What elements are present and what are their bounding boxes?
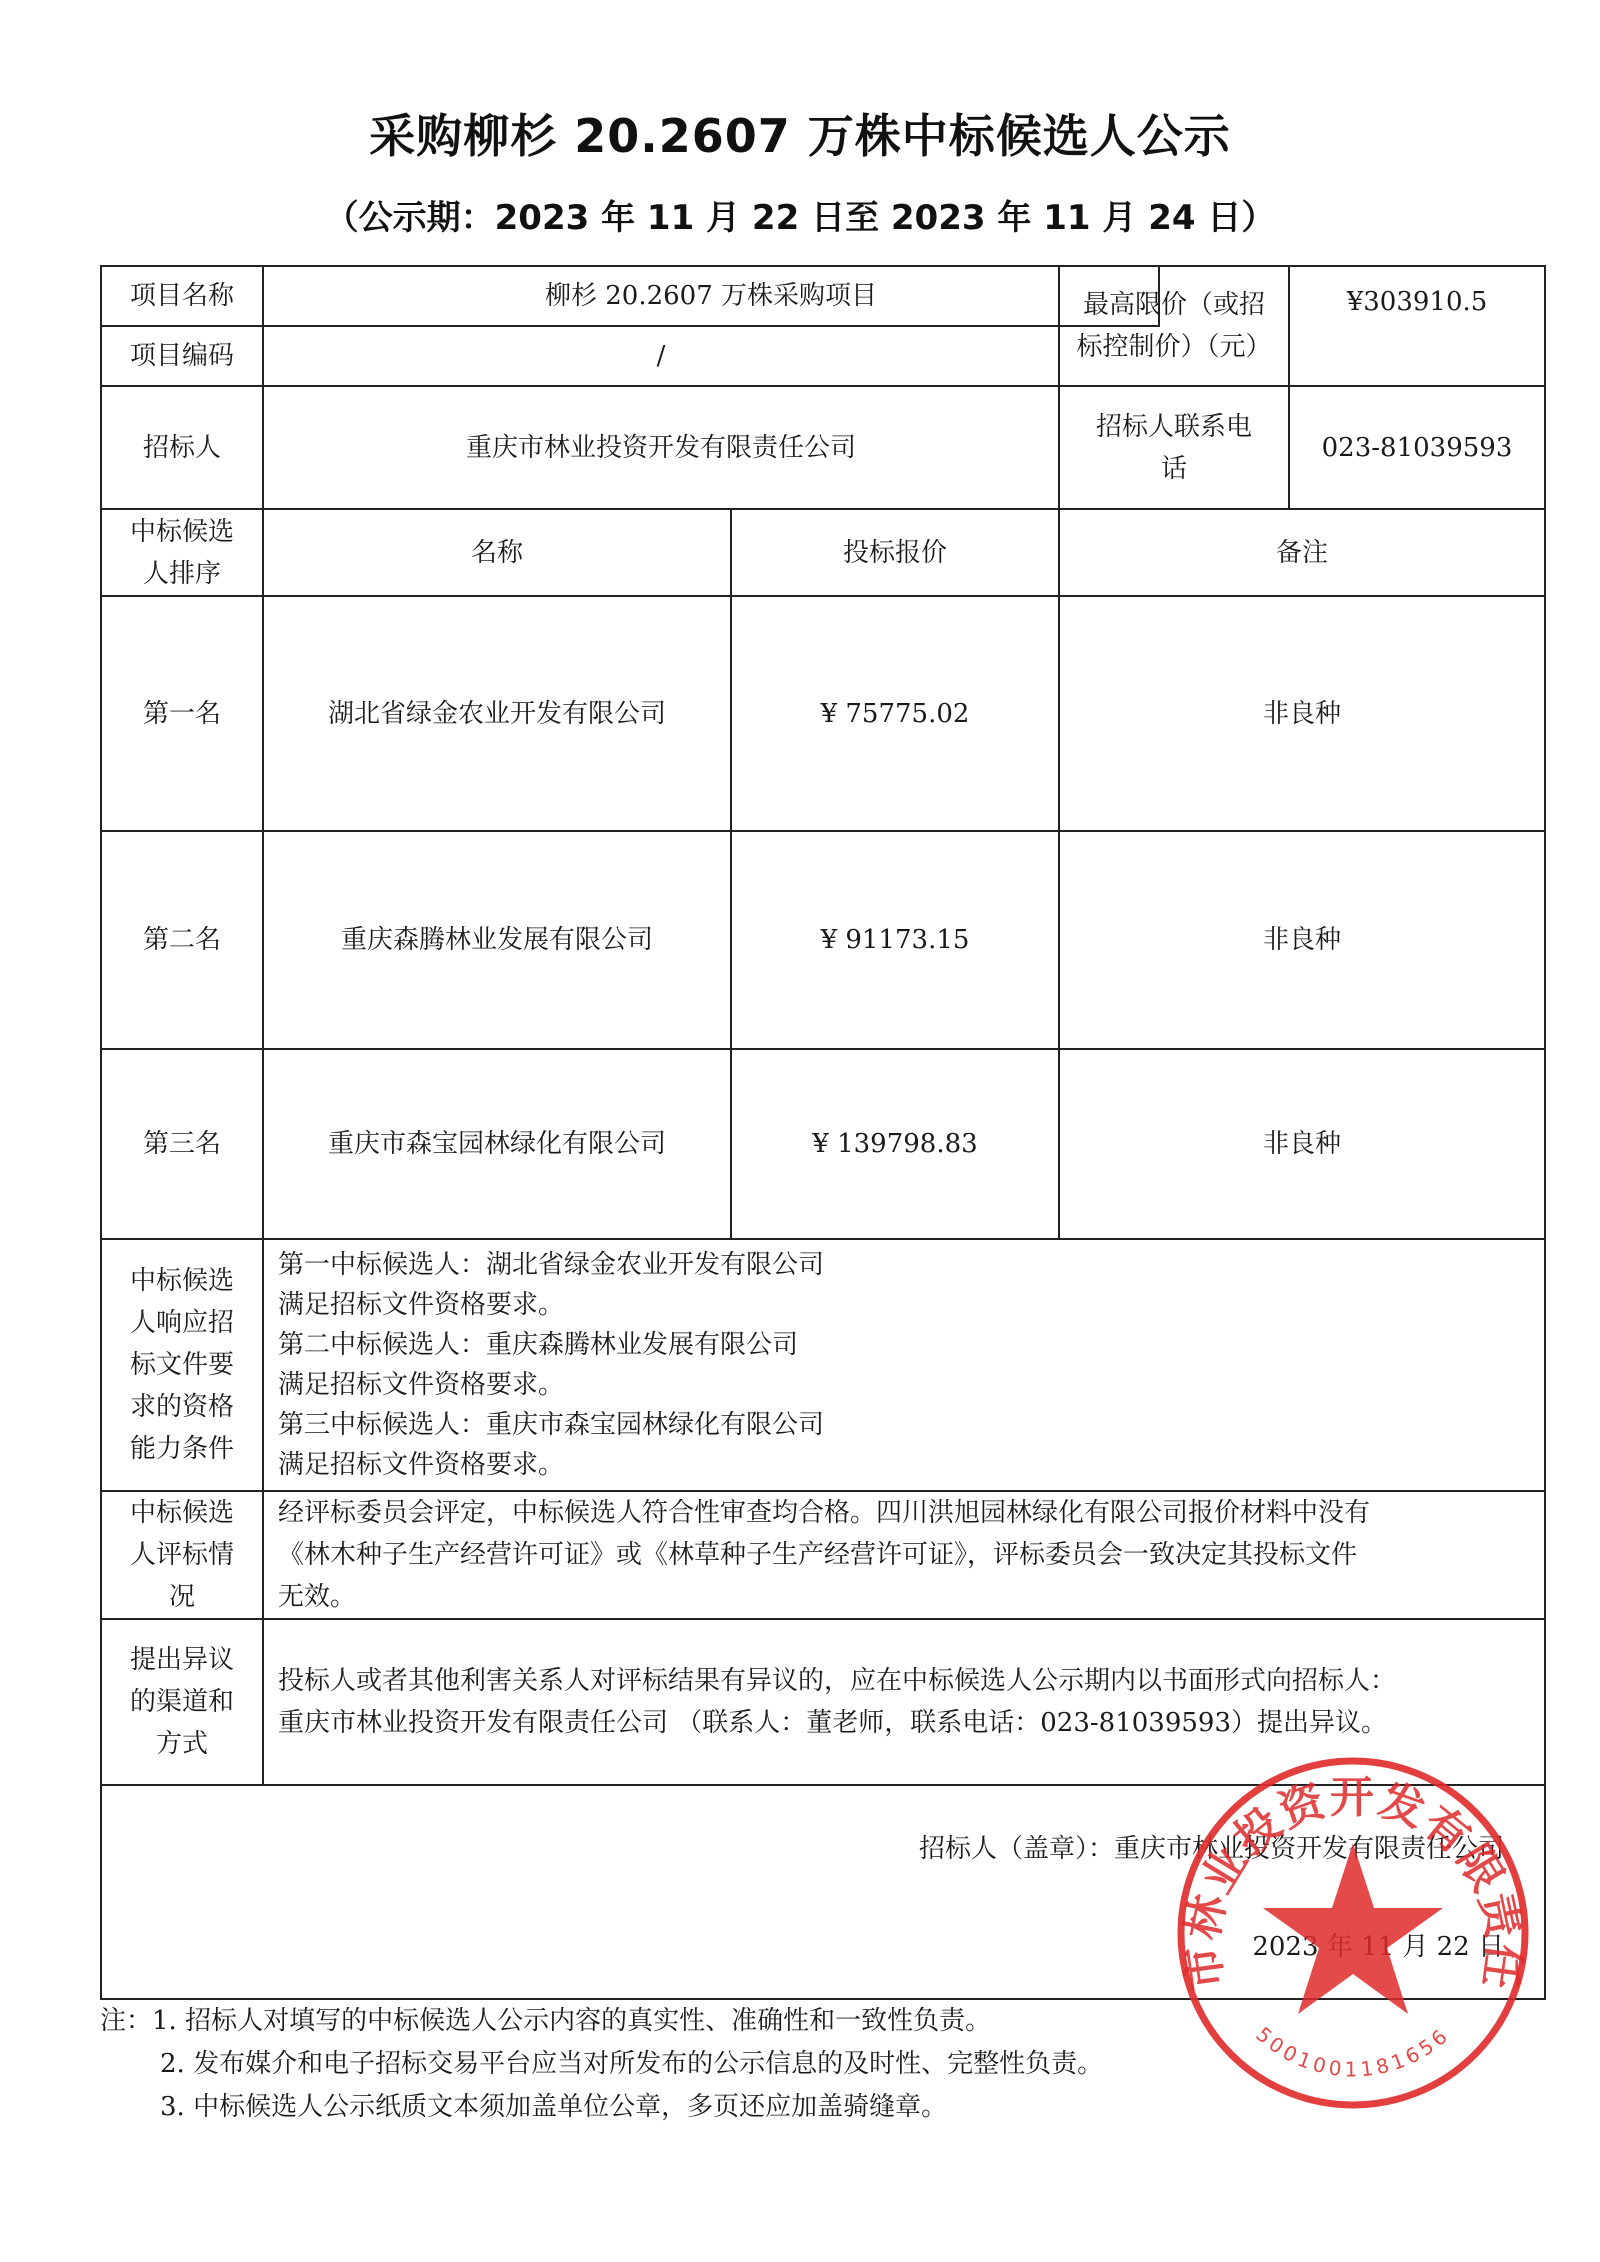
table-row-price: ¥ 139798.83 [730, 1048, 1060, 1240]
max-price-label-line1: 最高限价（或招 [1083, 284, 1265, 326]
tenderer-value: 重庆市林业投资开发有限责任公司 [262, 385, 1060, 510]
tenderer-text: 重庆市林业投资开发有限责任公司 [466, 427, 856, 469]
qualification-line: 第二中标候选人：重庆森腾林业发展有限公司 [278, 1325, 824, 1365]
contact-phone-text: 023-81039593 [1322, 427, 1513, 469]
note-item: 注：1. 招标人对填写的中标候选人公示内容的真实性、准确性和一致性负责。 [100, 2000, 1546, 2043]
remark-text: 非良种 [1263, 1123, 1341, 1165]
header-price: 投标报价 [730, 508, 1060, 597]
objection-label-line: 提出异议 [130, 1639, 234, 1681]
project-code-value: / [262, 325, 1060, 387]
qualification-line: 第一中标候选人：湖北省绿金农业开发有限公司 [278, 1245, 824, 1285]
rank-text: 第二名 [143, 919, 221, 961]
qualification-content: 第一中标候选人：湖北省绿金农业开发有限公司 满足招标文件资格要求。 第二中标候选… [262, 1238, 1546, 1492]
tenderer-label: 招标人 [100, 385, 264, 510]
document-title: 采购柳杉 20.2607 万株中标候选人公示 [0, 100, 1600, 166]
header-rank-line1: 中标候选 [130, 511, 234, 553]
candidate-name-text: 重庆市森宝园林绿化有限公司 [328, 1123, 666, 1165]
objection-line: 重庆市林业投资开发有限责任公司 （联系人：董老师，联系电话：023-810395… [278, 1702, 1396, 1744]
contact-value: 023-81039593 [1288, 385, 1546, 510]
contact-label: 招标人联系电 话 [1058, 385, 1290, 510]
objection-label-line: 方式 [156, 1723, 208, 1765]
rank-text: 第三名 [143, 1123, 221, 1165]
table-row-name: 重庆市森宝园林绿化有限公司 [262, 1048, 732, 1240]
header-remark-text: 备注 [1276, 532, 1328, 574]
max-price-text: ¥303910.5 [1347, 281, 1488, 323]
table-row-price: ¥ 91173.15 [730, 830, 1060, 1050]
project-code-label: 项目编码 [100, 325, 264, 387]
qualification-line: 满足招标文件资格要求。 [278, 1285, 824, 1325]
contact-label-line2: 话 [1161, 448, 1187, 490]
signature-block: 招标人（盖章）：重庆市林业投资开发有限责任公司 2023 年 11 月 22 日 [100, 1784, 1546, 2000]
candidate-name-text: 湖北省绿金农业开发有限公司 [328, 693, 666, 735]
evaluation-line: 无效。 [278, 1576, 1370, 1618]
table-row-remark: 非良种 [1058, 595, 1546, 832]
publicity-period: （公示期：2023 年 11 月 22 日至 2023 年 11 月 24 日） [0, 190, 1600, 239]
header-name-text: 名称 [471, 532, 523, 574]
max-price-value: ¥303910.5 [1288, 265, 1546, 387]
remark-text: 非良种 [1263, 693, 1341, 735]
objection-line: 投标人或者其他利害关系人对评标结果有异议的，应在中标候选人公示期内以书面形式向招… [278, 1660, 1396, 1702]
header-rank-line2: 人排序 [143, 553, 221, 595]
qualification-line: 第三中标候选人：重庆市森宝园林绿化有限公司 [278, 1405, 824, 1445]
sign-date-text: 2023 年 11 月 22 日 [1252, 1926, 1504, 1968]
table-row-remark: 非良种 [1058, 1048, 1546, 1240]
table-row-name: 湖北省绿金农业开发有限公司 [262, 595, 732, 832]
header-price-text: 投标报价 [843, 532, 947, 574]
evaluation-content: 经评标委员会评定，中标候选人符合性审查均合格。四川洪旭园林绿化有限公司报价材料中… [262, 1490, 1546, 1620]
qualification-label-line: 能力条件 [130, 1428, 234, 1470]
evaluation-line: 经评标委员会评定，中标候选人符合性审查均合格。四川洪旭园林绿化有限公司报价材料中… [278, 1492, 1370, 1534]
objection-content: 投标人或者其他利害关系人对评标结果有异议的，应在中标候选人公示期内以书面形式向招… [262, 1618, 1546, 1786]
table-row-rank: 第二名 [100, 830, 264, 1050]
table-row-rank: 第一名 [100, 595, 264, 832]
max-price-label: 最高限价（或招 标控制价）（元） [1058, 265, 1290, 387]
contact-label-line1: 招标人联系电 [1096, 406, 1252, 448]
table-row-rank: 第三名 [100, 1048, 264, 1240]
header-remark: 备注 [1058, 508, 1546, 597]
tenderer-label-text: 招标人 [143, 427, 221, 469]
qualification-label: 中标候选 人响应招 标文件要 求的资格 能力条件 [100, 1238, 264, 1492]
project-name-label: 项目名称 [100, 265, 264, 327]
candidate-name-text: 重庆森腾林业发展有限公司 [341, 919, 653, 961]
project-name-value: 柳杉 20.2607 万株采购项目 [262, 265, 1160, 327]
table-row-remark: 非良种 [1058, 830, 1546, 1050]
evaluation-label: 中标候选 人评标情 况 [100, 1490, 264, 1620]
project-name-label-text: 项目名称 [130, 275, 234, 317]
table-row-name: 重庆森腾林业发展有限公司 [262, 830, 732, 1050]
table-row-price: ¥ 75775.02 [730, 595, 1060, 832]
project-name-text: 柳杉 20.2607 万株采购项目 [545, 275, 877, 317]
bid-price-text: ¥ 91173.15 [821, 919, 970, 961]
header-name: 名称 [262, 508, 732, 597]
bid-price-text: ¥ 139798.83 [812, 1123, 977, 1165]
evaluation-label-line: 中标候选 [130, 1492, 234, 1534]
rank-text: 第一名 [143, 693, 221, 735]
evaluation-label-line: 况 [169, 1576, 195, 1618]
objection-label-line: 的渠道和 [130, 1681, 234, 1723]
signer-text: 招标人（盖章）：重庆市林业投资开发有限责任公司 [919, 1828, 1504, 1870]
max-price-label-line2: 标控制价）（元） [1076, 326, 1271, 368]
project-code-label-text: 项目编码 [130, 335, 234, 377]
project-code-text: / [657, 335, 666, 377]
note-item: 3. 中标候选人公示纸质文本须加盖单位公章，多页还应加盖骑缝章。 [100, 2086, 1546, 2129]
announcement-table: 项目名称 柳杉 20.2607 万株采购项目 最高限价（或招 标控制价）（元） … [100, 265, 1546, 2000]
header-rank: 中标候选 人排序 [100, 508, 264, 597]
evaluation-label-line: 人评标情 [130, 1534, 234, 1576]
qualification-label-line: 中标候选 [130, 1260, 234, 1302]
evaluation-line: 《林木种子生产经营许可证》或《林草种子生产经营许可证》，评标委员会一致决定其投标… [278, 1534, 1370, 1576]
footnotes: 注：1. 招标人对填写的中标候选人公示内容的真实性、准确性和一致性负责。 2. … [100, 2000, 1546, 2129]
qualification-label-line: 标文件要 [130, 1344, 234, 1386]
objection-label: 提出异议 的渠道和 方式 [100, 1618, 264, 1786]
bid-price-text: ¥ 75775.02 [821, 693, 970, 735]
note-item: 2. 发布媒介和电子招标交易平台应当对所发布的公示信息的及时性、完整性负责。 [100, 2043, 1546, 2086]
qualification-label-line: 求的资格 [130, 1386, 234, 1428]
qualification-line: 满足招标文件资格要求。 [278, 1365, 824, 1405]
remark-text: 非良种 [1263, 919, 1341, 961]
qualification-line: 满足招标文件资格要求。 [278, 1445, 824, 1485]
qualification-label-line: 人响应招 [130, 1302, 234, 1344]
